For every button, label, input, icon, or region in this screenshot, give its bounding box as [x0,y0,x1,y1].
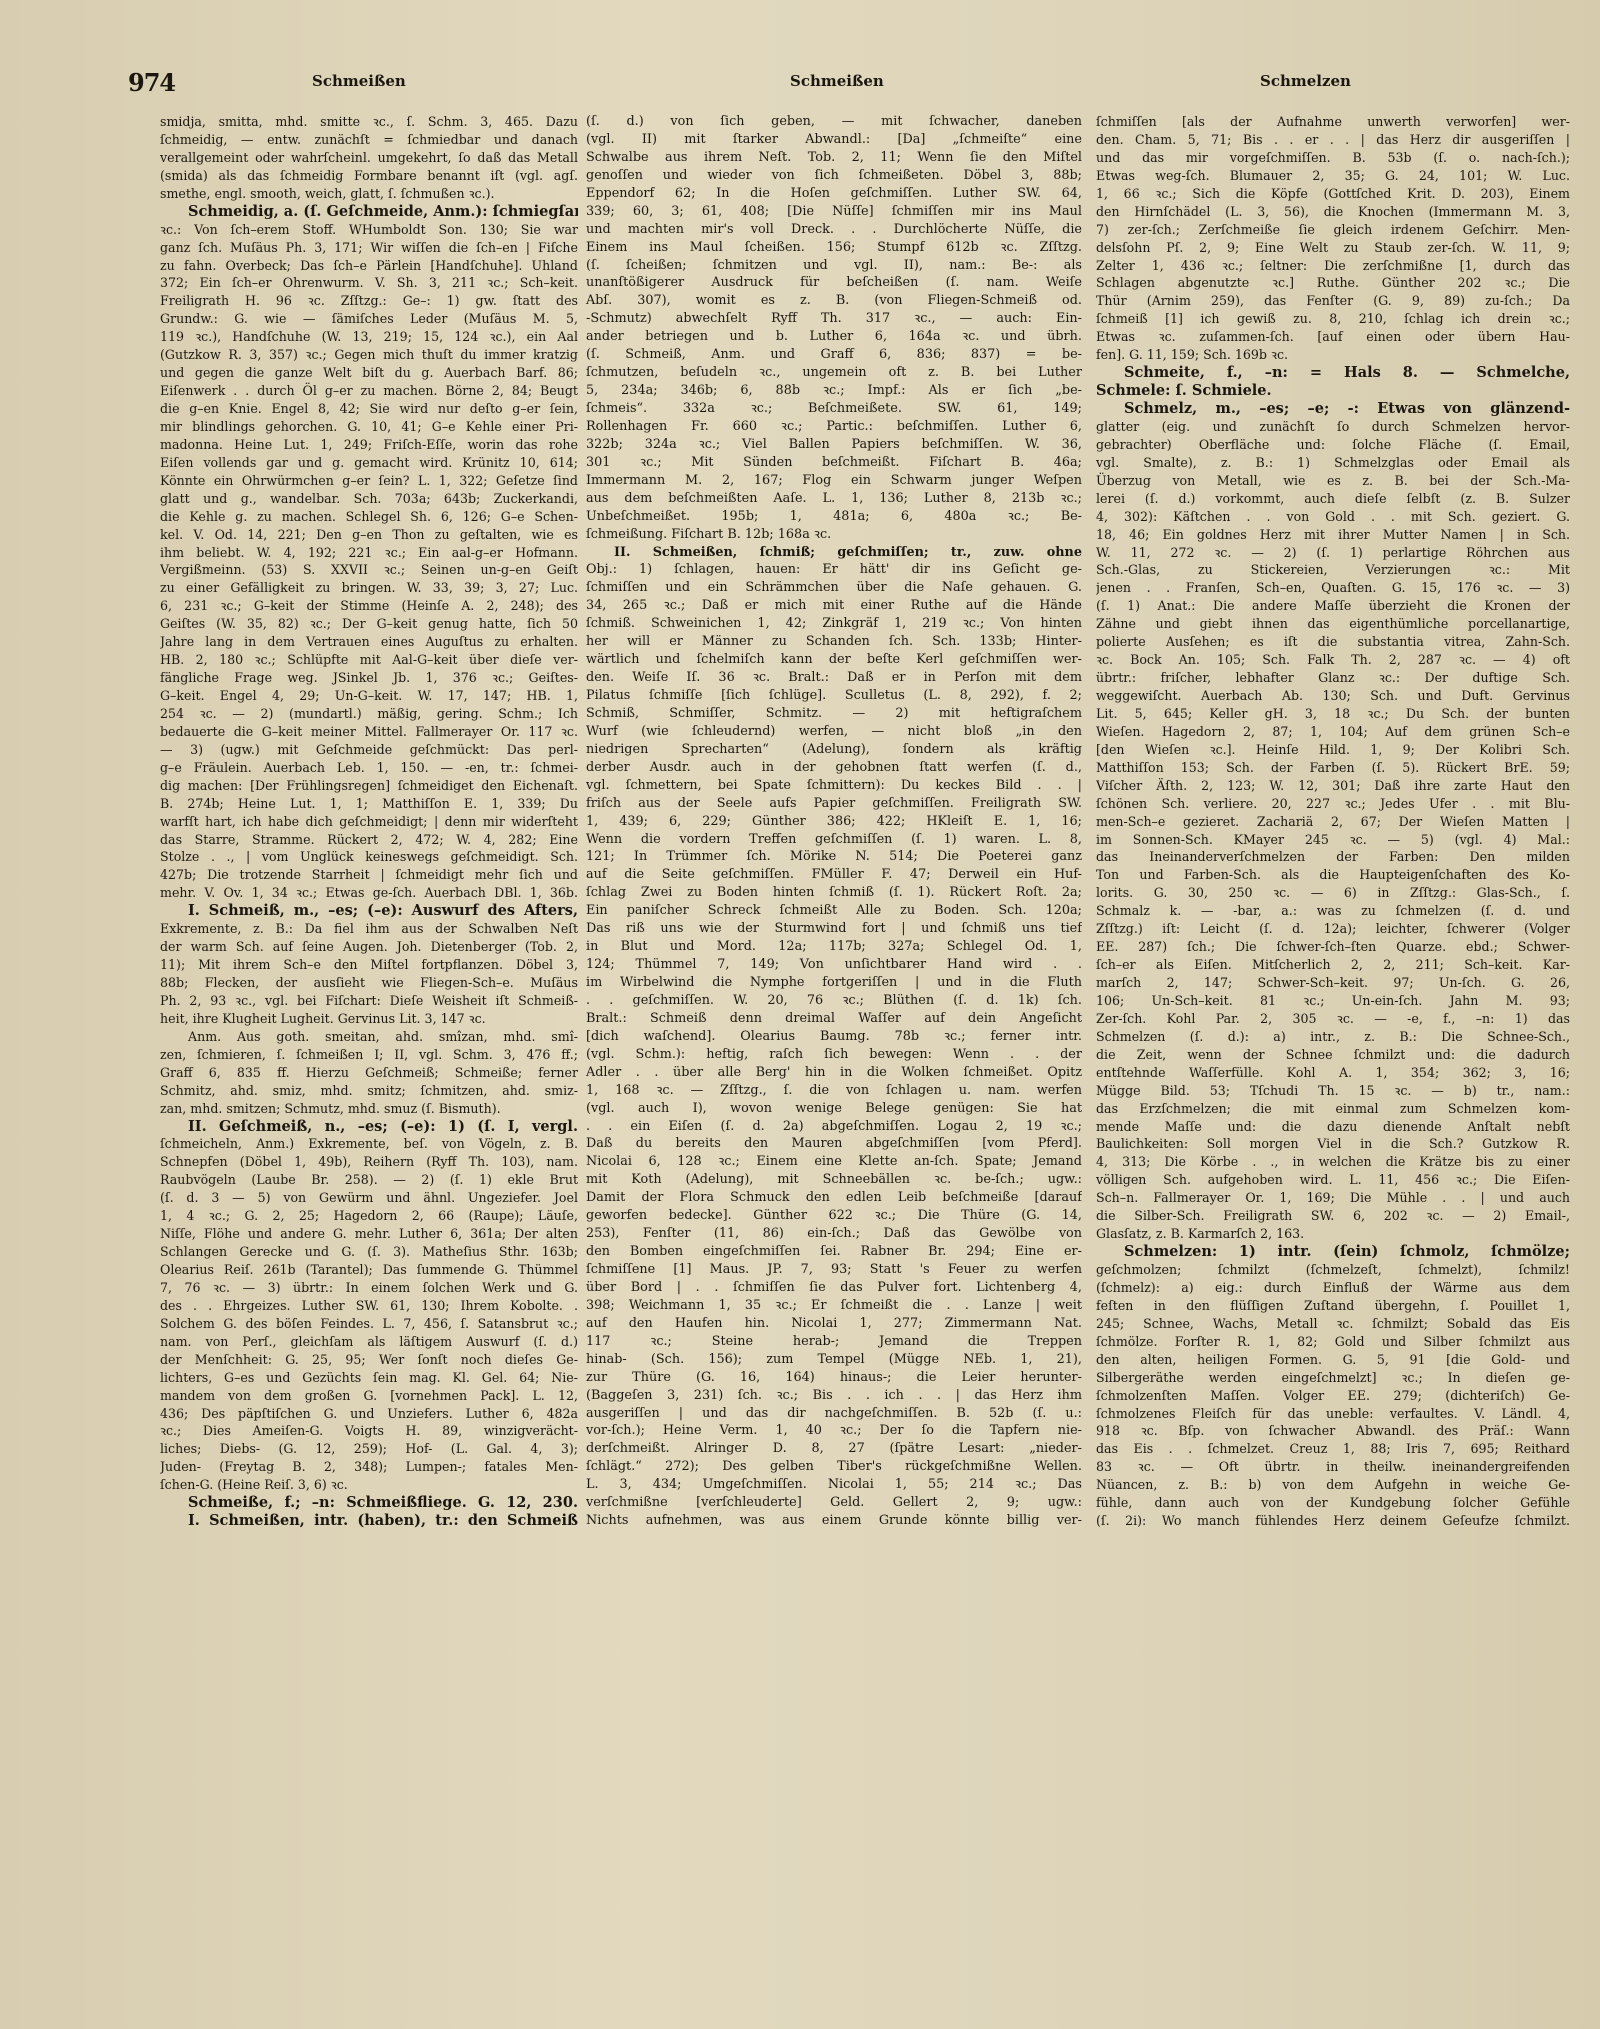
text-line: (Baggeſen 3, 231) ſch. ꝛc.; Bis . . ich … [586,1387,1082,1405]
text-line: der Menſchheit: G. 25, 95; Wer ſonſt noc… [160,1351,578,1369]
text-line: geworfen bedecke]. Günther 622 ꝛc.; Die … [586,1207,1082,1225]
text-line: 245; Schnee, Wachs, Metall ꝛc. ſchmilzt;… [1096,1315,1570,1333]
text-line: vgl. ſchmettern, bei Spate ſchmittern): … [586,777,1082,795]
text-line: das Eis . . ſchmelzet. Creuz 1, 88; Iris… [1096,1440,1570,1458]
text-line: feſten in den flüſſigen Zuſtand übergehn… [1096,1297,1570,1315]
text-line: den Hirnſchädel (L. 3, 56), die Knochen … [1096,203,1570,221]
text-line: jenen . . Franſen, Sch–en, Quaſten. G. 1… [1096,579,1570,597]
text-line: Thür (Arnim 259), das Fenſter (G. 9, 89)… [1096,292,1570,310]
text-line: lichters, G–es und Gezüchts ſein mag. Kl… [160,1369,578,1387]
text-line: Jahre lang in dem Vertrauen eines Auguſt… [160,633,578,651]
text-line: Schnepfen (Döbel 1, 49b), Reihern (Ryff … [160,1153,578,1171]
text-line: men-Sch–e gezieret. Zachariä 2, 67; Der … [1096,813,1570,831]
text-line: (vgl. auch I), wovon wenige Belege genüg… [586,1100,1082,1118]
text-line: aus dem beſchmeißten Aaſe. L. 1, 136; Lu… [586,490,1082,508]
text-line: ander betriegen und b. Luther 6, 164a ꝛc… [586,328,1082,346]
text-line: 106; Un-Sch–keit. 81 ꝛc.; Un-ein-ſch. Ja… [1096,992,1570,1010]
text-line: mende Maſſe und: die dazu dienende Anſta… [1096,1118,1570,1136]
page-header: 974 Schmeißen Schmeißen Schmelzen [0,68,1600,98]
text-line: 18, 46; Ein goldnes Herz mit ihrer Mutte… [1096,526,1570,544]
text-line: und das mir vorgeſchmiſſen. B. 53b (ſ. o… [1096,149,1570,167]
text-line: polierte Ausſehen; es iſt die substantia… [1096,633,1570,651]
text-line: 83 ꝛc. — Oft übrtr. in theilw. ineinande… [1096,1458,1570,1476]
text-line: unanſtößigerer Ausdruck für beſcheißen (… [586,274,1082,292]
text-line: ausgeriſſen | und das dir nachgeſchmiſſe… [586,1405,1082,1423]
text-line: Damit der Flora Schmuck den edlen Leib b… [586,1189,1082,1207]
text-line: mit Koth (Adelung), mit Schneebällen ꝛc.… [586,1171,1082,1189]
text-line: 117 ꝛc.; Steine herab-; Jemand die Trepp… [586,1333,1082,1351]
text-line: Sch.-Glas, zu Stickereien, Verzierungen … [1096,561,1570,579]
text-line: fühle, dann auch von der Kundgebung ſolc… [1096,1494,1570,1512]
text-line: 1, 4 ꝛc.; G. 2, 25; Hagedorn 2, 66 (Raup… [160,1207,578,1225]
text-line: Anm. Aus goth. smeitan, ahd. smîzan, mhd… [160,1028,578,1046]
text-line: (ſ. d. 3 — 5) von Gewürm und ähnl. Ungez… [160,1189,578,1207]
text-line: über Bord | . . ſchmiſſen ſie das Pulver… [586,1279,1082,1297]
text-line: in Blut und Mord. 12a; 117b; 327a; Schle… [586,938,1082,956]
text-line: ꝛc.: Von ſch–erem Stoff. WHumboldt Son. … [160,221,578,239]
text-line: Viſcher Äſth. 2, 123; W. 12, 301; Daß ih… [1096,777,1570,795]
text-line: auf die Seite geſchmiſſen. FMüller F. 47… [586,866,1082,884]
text-line: ſchönen Sch. verliere. 20, 227 ꝛc.; Jede… [1096,795,1570,813]
text-line: 253), Fenſter (11, 86) ein-ſch.; Daß das… [586,1225,1082,1243]
text-line: Schmelz, m., –es; –e; -: Etwas von glänz… [1096,400,1570,418]
text-line: (ſ. d.) von ſich geben, — mit ſchwacher,… [586,113,1082,131]
text-line: Eiſenwerk . . durch Öl g–er zu machen. B… [160,382,578,400]
text-line: Sch–n. Fallmerayer Or. 1, 169; Die Mühle… [1096,1189,1570,1207]
text-line: Eiſen vollends gar und g. gemacht wird. … [160,454,578,472]
text-line: friſch aus der Seele aufs Papier geſchmi… [586,795,1082,813]
text-line: lorits. G. 30, 250 ꝛc. — 6) in Zſſtzg.: … [1096,884,1570,902]
text-line: Schmitz, ahd. smiz, mhd. smitz; ſchmitze… [160,1082,578,1100]
text-line: 6, 231 ꝛc.; G–keit der Stimme (Heinſe A.… [160,597,578,615]
text-line: (ſchmelz): a) eig.: durch Einfluß der Wä… [1096,1279,1570,1297]
text-line: marſch 2, 147; Schwer-Sch–keit. 97; Un-ſ… [1096,974,1570,992]
text-line: L. 3, 434; Umgeſchmiſſen. Nicolai 1, 55;… [586,1476,1082,1494]
text-line: das Starre, Stramme. Rückert 2, 472; W. … [160,831,578,849]
text-line: (ſ. 1) Anat.: Die andere Maſſe überzieht… [1096,597,1570,615]
text-line: Nichts aufnehmen, was aus einem Grunde k… [586,1512,1082,1530]
text-line: Grundw.: G. wie — ſämiſches Leder (Muſäu… [160,310,578,328]
text-line: ſchmölze. Forſter R. 1, 82; Gold und Sil… [1096,1333,1570,1351]
text-line: 322b; 324a ꝛc.; Viel Ballen Papiers beſc… [586,436,1082,454]
text-line: 124; Thümmel 7, 149; Von unſichtbarer Ha… [586,956,1082,974]
text-line: Solchem G. des böſen Feindes. L. 7, 456,… [160,1315,578,1333]
text-line: 119 ꝛc.), Handſchuhe (W. 13, 219; 15, 12… [160,328,578,346]
text-line: Schlagen abgenutzte ꝛc.] Ruthe. Günther … [1096,274,1570,292]
text-line: ſchmeißung. Fiſchart B. 12b; 168a ꝛc. [586,526,1082,544]
text-line: ſchmolzenes Fleiſch für das uneble: verf… [1096,1405,1570,1423]
text-line: und gegen die ganze Welt biſt du g. Auer… [160,364,578,382]
text-line: zu fahn. Overbeck; Das ſch–e Pärlein [Ha… [160,257,578,275]
text-line: zen, ſchmieren, ſ. ſchmeißen I; II, vgl.… [160,1046,578,1064]
text-line: Zähne und giebt ihnen das eigenthümliche… [1096,615,1570,633]
text-line: ſch–er als Eiſen. Mitſcherlich 2, 2, 211… [1096,956,1570,974]
text-line: Schlangen Gerecke und G. (ſ. 3). Matheſi… [160,1243,578,1261]
text-line: Eppendorf 62; In die Hoſen geſchmiſſen. … [586,185,1082,203]
text-line: den. Cham. 5, 71; Bis . . er . . | das H… [1096,131,1570,149]
text-line: ſchlägt.“ 272); Des gelben Tiber's rückg… [586,1458,1082,1476]
text-line: Vergißmeinn. (53) S. XXVII ꝛc.; Seinen u… [160,561,578,579]
text-line: ſchlag Zwei zu Boden hinten ſchmiß (ſ. 1… [586,884,1082,902]
text-line: Raubvögeln (Laube Br. 258). — 2) (ſ. 1) … [160,1171,578,1189]
text-line: Schmeidig, a. (ſ. Geſchmeide, Anm.): ſch… [160,203,578,221]
text-line: bedauerte die G–keit meiner Mittel. Fall… [160,723,578,741]
text-line: 427b; Die trotzende Starrheit | ſchmeidi… [160,866,578,884]
text-line: ganz ſch. Muſäus Ph. 3, 171; Wir wiſſen … [160,239,578,257]
text-line: (ſ. Schmeiß, Anm. und Graff 6, 836; 837)… [586,346,1082,364]
text-line: wärtlich und ſchelmiſch kann der beſte K… [586,651,1082,669]
text-line: Niſſe, Flöhe und andere G. mehr. Luther … [160,1225,578,1243]
text-line: [den Wieſen ꝛc.]. Heinſe Hild. 1, 9; Der… [1096,741,1570,759]
text-line: her will er Männer zu Schanden ſch. Sch.… [586,633,1082,651]
text-line: die Kehle g. zu machen. Schlegel Sh. 6, … [160,508,578,526]
text-line: fen]. G. 11, 159; Sch. 169b ꝛc. [1096,346,1570,364]
text-line: 918 ꝛc. Bſp. von ſchwacher Abwandl. des … [1096,1422,1570,1440]
text-line: ſchmutzen, beſudeln ꝛc., ungemein oft z.… [586,364,1082,382]
text-line: Schmalz k. — -bar, a.: was zu ſchmelzen … [1096,902,1570,920]
text-line: den alten, heiligen Formen. G. 5, 91 [di… [1096,1351,1570,1369]
text-line: Juden- (Freytag B. 2, 348); Lumpen-; fat… [160,1458,578,1476]
text-line: 372; Ein ſch–er Ohrenwurm. V. Sh. 3, 211… [160,274,578,292]
text-line: glatt und g., wandelbar. Sch. 703a; 643b… [160,490,578,508]
text-line: II. Schmeißen, ſchmiß; geſchmiſſen; tr.,… [586,544,1082,562]
text-line: ꝛc. Bock An. 105; Sch. Falk Th. 2, 287 ꝛ… [1096,651,1570,669]
text-line: des . . Ehrgeizes. Luther SW. 61, 130; I… [160,1297,578,1315]
text-line: HB. 2, 180 ꝛc.; Schlüpfte mit Aal-G–keit… [160,651,578,669]
text-line: Schmeite, f., –n: = Hals 8. — Schmelche, [1096,364,1570,382]
text-line: Freiligrath H. 96 ꝛc. Zſſtzg.: Ge–: 1) g… [160,292,578,310]
text-line: ſchmeiß [1] ich gewiß zu. 8, 210, ſchlag… [1096,310,1570,328]
text-line: weggewiſcht. Auerbach Ab. 130; Sch. und … [1096,687,1570,705]
text-line: 4, 313; Die Körbe . ., in welchen die Kr… [1096,1153,1570,1171]
text-line: 254 ꝛc. — 2) (mundartl.) mäßig, gering. … [160,705,578,723]
text-line: heit, ihre Klugheit Lugheit. Gervinus Li… [160,1010,578,1028]
text-line: Pilatus ſchmiſſe [ſich ſchlüge]. Scullet… [586,687,1082,705]
text-line: 5, 234a; 346b; 6, 88b ꝛc.; Impf.: Als er… [586,382,1082,400]
text-line: zur Thüre (G. 16, 164) hinaus-; die Leie… [586,1369,1082,1387]
text-line: glatter (eig. und zunächſt ſo durch Schm… [1096,418,1570,436]
text-line: Mügge Bild. 53; Tſchudi Th. 15 ꝛc. — b) … [1096,1082,1570,1100]
text-line: ſchmeis“. 332a ꝛc.; Beſchmeißete. SW. 61… [586,400,1082,418]
text-line: smethe, engl. smooth, weich, glatt, ſ. ſ… [160,185,578,203]
text-line: Einem ins Maul ſcheißen. 156; Stumpf 612… [586,239,1082,257]
text-line: Ton und Farben-Sch. als die Haupteigenſc… [1096,866,1570,884]
text-line: I. Schmeißen, intr. (haben), tr.: den Sc… [160,1512,578,1530]
text-line: Schmelzen (ſ. d.): a) intr., z. B.: Die … [1096,1028,1570,1046]
text-line: 1, 66 ꝛc.; Sich die Köpfe (Gottſched Kri… [1096,185,1570,203]
text-line: warfſt hart, ich habe dich geſchmeidigt;… [160,813,578,831]
running-head-middle: Schmeißen [790,72,884,90]
text-line: Zſſtzg.) iſt: Leicht (ſ. d. 12a); leicht… [1096,920,1570,938]
text-line: II. Geſchmeiß, n., –es; (–e): 1) (ſ. I, … [160,1118,578,1136]
text-line: Schmeiße, f.; –n: Schmeißfliege. G. 12, … [160,1494,578,1512]
text-line: delsſohn Pſ. 2, 9; Eine Welt zu Staub ze… [1096,239,1570,257]
text-line: das Erzſchmelzen; die mit einmal zum Sch… [1096,1100,1570,1118]
page-number: 974 [128,68,175,97]
text-line: Wieſen. Hagedorn 2, 87; 1, 104; Auf dem … [1096,723,1570,741]
text-line: hinab- (Sch. 156); zum Tempel (Mügge NEb… [586,1351,1082,1369]
text-line: mandem von dem großen G. [vornehmen Pack… [160,1387,578,1405]
text-line: derber Ausdr. auch in der gehobnen ſtatt… [586,759,1082,777]
text-line: Ph. 2, 93 ꝛc., vgl. bei Fiſchart: Dieſe … [160,992,578,1010]
text-line: g–e Fräulein. Auerbach Leb. 1, 150. — -e… [160,759,578,777]
text-line: nam. von Perſ., gleichſam als läſtigem A… [160,1333,578,1351]
text-line: (ſ. 2i): Wo manch fühlendes Herz deinem … [1096,1512,1570,1530]
text-line: B. 274b; Heine Lut. 1, 1; Matthiſſon E. … [160,795,578,813]
text-line: ſchmiſſene [1] Maus. JP. 7, 93; Statt 's… [586,1261,1082,1279]
text-line: -Schmutz) abwechſelt Ryff Th. 317 ꝛc., —… [586,310,1082,328]
text-line: mir blindlings gehorchen. G. 10, 41; G–e… [160,418,578,436]
text-line: Bralt.: Schmeiß denn dreimal Waſſer auf … [586,1010,1082,1028]
text-line: 436; Des päpſtiſchen G. und Unziefers. L… [160,1405,578,1423]
text-line: ſchmeicheln, Anm.) Exkremente, beſ. von … [160,1135,578,1153]
text-line: verſchmißne [verſchleuderte] Geld. Gelle… [586,1494,1082,1512]
text-line: 7, 76 ꝛc. — 3) übrtr.: In einem ſolchen … [160,1279,578,1297]
text-line: Glasſatz, z. B. Karmarſch 2, 163. [1096,1225,1570,1243]
text-line: ſchen-G. (Heine Reiſ. 3, 6) ꝛc. [160,1476,578,1494]
text-line: genoſſen und wieder von ſich ſchmeißeten… [586,167,1082,185]
text-line: Überzug von Metall, wie es z. B. bei der… [1096,472,1570,490]
text-line: derſchmeißt. Alringer D. 8, 27 (ſpätre L… [586,1440,1082,1458]
text-line: Rollenhagen Fr. 660 ꝛc.; Partic.: beſchm… [586,418,1082,436]
text-line: . . ein Eiſen (ſ. d. 2a) abgeſchmiſſen. … [586,1118,1082,1136]
text-line: (Gutzkow R. 3, 357) ꝛc.; Gegen mich thuſ… [160,346,578,364]
text-line: auf den Haufen hin. Nicolai 1, 277; Zimm… [586,1315,1082,1333]
text-line: 88b; Flecken, der ausſieht wie Fliegen-S… [160,974,578,992]
text-line: Wurf (wie ſchleudernd) werfen, — nicht b… [586,723,1082,741]
text-line: Nicolai 6, 128 ꝛc.; Einem eine Klette an… [586,1153,1082,1171]
text-line: 7) zer-ſch.; Zerſchmeiße ſie gleich irde… [1096,221,1570,239]
text-line: — 3) (ugw.) mit Geſchmeide geſchmückt: D… [160,741,578,759]
text-line: vor-ſch.); Heine Verm. 1, 40 ꝛc.; Der ſo… [586,1422,1082,1440]
text-line: Baulichkeiten: Soll morgen Viel in die S… [1096,1135,1570,1153]
text-line: zan, mhd. smitzen; Schmutz, mhd. smuz (ſ… [160,1100,578,1118]
text-line: ſchmolzenſten Maſſen. Volger EE. 279; (d… [1096,1387,1570,1405]
text-line: 11); Mit ihrem Sch–e den Miſtel fortpfla… [160,956,578,974]
text-line: Obj.: 1) ſchlagen, hauen: Er hätt' dir i… [586,561,1082,579]
text-line: Geiſtes (W. 35, 82) ꝛc.; Der G–keit genu… [160,615,578,633]
text-line: Zelter 1, 436 ꝛc.; ſeltner: Die zerſchmi… [1096,257,1570,275]
text-line: kel. V. Od. 14, 221; Den g–en Thon zu ge… [160,526,578,544]
text-line: 1, 168 ꝛc. — Zſſtzg., ſ. die von ſchlage… [586,1082,1082,1100]
text-line: Exkremente, z. B.: Da fiel ihm aus der S… [160,920,578,938]
text-line: Schmelzen: 1) intr. (ſein) ſchmolz, ſchm… [1096,1243,1570,1261]
text-line: Immermann M. 2, 167; Flog ein Schwarm ju… [586,472,1082,490]
text-line: (ſ. ſcheißen; ſchmitzen und vgl. II), na… [586,257,1082,275]
text-line: das Ineinanderverſchmelzen der Farben: D… [1096,848,1570,866]
text-line: W. 11, 272 ꝛc. — 2) (ſ. 1) perlartige Rö… [1096,544,1570,562]
text-line: Nüancen, z. B.: b) von dem Aufgehn in we… [1096,1476,1570,1494]
text-line: der warm Sch. auf ſeine Augen. Joh. Diet… [160,938,578,956]
text-line: mehr. V. Ov. 1, 34 ꝛc.; Etwas ge-ſch. Au… [160,884,578,902]
text-line: niedrigen Sprecharten“ (Adelung), ſonder… [586,741,1082,759]
text-line: 4, 302): Käſtchen . . von Gold . . mit S… [1096,508,1570,526]
text-line: den. Weiſe Iſ. 36 ꝛc. Bralt.: Daß er in … [586,669,1082,687]
text-line: ſchmiß. Schweinichen 1, 42; Zinkgräf 1, … [586,615,1082,633]
text-line: im Wirbelwind die Nymphe fortgeriſſen | … [586,974,1082,992]
text-line: Wenn die vordern Treffen geſchmiſſen (ſ.… [586,831,1082,849]
text-line: völligen Sch. aufgehoben wird. L. 11, 45… [1096,1171,1570,1189]
text-line: Matthiſſon 153; Sch. der Farben (ſ. 5). … [1096,759,1570,777]
text-line: . . geſchmiſſen. W. 20, 76 ꝛc.; Blüthen … [586,992,1082,1010]
text-line: ſchmiſſen und ein Schrämmchen über die N… [586,579,1082,597]
text-line: Schwalbe aus ihrem Neſt. Tob. 2, 11; Wen… [586,149,1082,167]
text-line: Das riß uns wie der Sturmwind fort | und… [586,920,1082,938]
text-line: Schmele: ſ. Schmiele. [1096,382,1570,400]
text-line: 34, 265 ꝛc.; Daß er mich mit einer Ruthe… [586,597,1082,615]
text-line: smidja, smitta, mhd. smitte ꝛc., ſ. Schm… [160,113,578,131]
text-line: 1, 439; 6, 229; Günther 386; 422; HKleiſ… [586,813,1082,831]
text-line: im Sonnen-Sch. KMayer 245 ꝛc. — 5) (vgl.… [1096,831,1570,849]
text-line: und machten mir's voll Dreck. . . Durchl… [586,221,1082,239]
text-line: (smida) als das ſchmeidig Formbare benan… [160,167,578,185]
text-line: fängliche Frage weg. JSinkel Jb. 1, 376 … [160,669,578,687]
text-line: vgl. Smalte), z. B.: 1) Schmelzglas oder… [1096,454,1570,472]
text-line: (vgl. II) mit ſtarker Abwandl.: [Da] „ſc… [586,131,1082,149]
text-line: Etwas weg-ſch. Blumauer 2, 35; G. 24, 10… [1096,167,1570,185]
text-line: gebrachter) Oberfläche und: ſolche Fläch… [1096,436,1570,454]
text-line: Zer-ſch. Kohl Par. 2, 305 ꝛc. — -e, f., … [1096,1010,1570,1028]
text-line: ſchmeidig, — entw. zunächſt = ſchmiedbar… [160,131,578,149]
text-line: liches; Diebs- (G. 12, 259); Hof- (L. Ga… [160,1440,578,1458]
running-head-left: Schmeißen [312,72,406,90]
text-line: Schmiß, Schmiſſer, Schmitz. — 2) mit hef… [586,705,1082,723]
text-line: lerei (ſ. d.) vorkommt, auch dieſe ſelbſ… [1096,490,1570,508]
text-line: 121; In Trümmer ſch. Mörike N. 514; Die … [586,848,1082,866]
text-line: verallgemeint oder wahrſcheinl. umgekehr… [160,149,578,167]
text-line: Etwas ꝛc. zuſammen-ſch. [auf einen oder … [1096,328,1570,346]
text-line: Abſ. 307), womit es z. B. (von Fliegen-S… [586,292,1082,310]
text-line: Adler . . über alle Berg' hin in die Wol… [586,1064,1082,1082]
text-line: 301 ꝛc.; Mit Sünden beſchmeißt. Fiſchart… [586,454,1082,472]
text-line: die Zeit, wenn der Schnee ſchmilzt und: … [1096,1046,1570,1064]
text-line: EE. 287) ſch.; Die ſchwer-ſch–ſten Quarz… [1096,938,1570,956]
text-line: übrtr.: friſcher, lebhafter Glanz ꝛc.: D… [1096,669,1570,687]
text-line: G–keit. Engel 4, 29; Un-G–keit. W. 17, 1… [160,687,578,705]
text-line: zu einer Gefälligkeit zu bringen. W. 33,… [160,579,578,597]
text-line: dig machen: [Der Frühlingsregen] ſchmeid… [160,777,578,795]
text-line: 339; 60, 3; 61, 408; [Die Nüſſe] ſchmiſſ… [586,203,1082,221]
text-line: die g–en Knie. Engel 8, 42; Sie wird nur… [160,400,578,418]
text-line: Unbeſchmeißet. 195b; 1, 481a; 6, 480a ꝛc… [586,508,1082,526]
text-line: Könnte ein Ohrwürmchen g–er ſein? L. 1, … [160,472,578,490]
text-column-2: (ſ. d.) von ſich geben, — mit ſchwacher,… [586,113,1082,1530]
text-line: Stolze . ., | vom Unglück keineswegs geſ… [160,848,578,866]
text-line: Lit. 5, 645; Keller gH. 3, 18 ꝛc.; Du Sc… [1096,705,1570,723]
text-line: (vgl. Schm.): heftig, raſch ſich bewegen… [586,1046,1082,1064]
text-line: Silbergeräthe werden eingeſchmelzt] ꝛc.;… [1096,1369,1570,1387]
text-line: entſtehnde Waſſerfülle. Kohl A. 1, 354; … [1096,1064,1570,1082]
text-line: [dich waſchend]. Olearius Baumg. 78b ꝛc.… [586,1028,1082,1046]
text-line: Daß du bereits den Mauren abgeſchmiſſen … [586,1135,1082,1153]
running-head-right: Schmelzen [1260,72,1351,90]
text-line: Olearius Reiſ. 261b (Tarantel); Das ſumm… [160,1261,578,1279]
text-line: Graff 6, 835 ff. Hierzu Geſchmeiß; Schme… [160,1064,578,1082]
text-line: ꝛc.; Dies Ameiſen-G. Voigts H. 89, winzi… [160,1422,578,1440]
text-line: geſchmolzen; ſchmilzt (ſchmelzeſt, ſchme… [1096,1261,1570,1279]
text-line: ihm beliebt. W. 4, 192; 221 ꝛc.; Ein aal… [160,544,578,562]
text-line: ſchmiſſen [als der Aufnahme unwerth verw… [1096,113,1570,131]
text-line: Ein paniſcher Schreck ſchmeißt Alle zu B… [586,902,1082,920]
text-column-1: smidja, smitta, mhd. smitte ꝛc., ſ. Schm… [160,113,578,1530]
text-line: die Silber-Sch. Freiligrath SW. 6, 202 ꝛ… [1096,1207,1570,1225]
text-line: madonna. Heine Lut. 1, 249; Friſch-Eſſe,… [160,436,578,454]
text-line: 398; Weichmann 1, 35 ꝛc.; Er ſchmeißt di… [586,1297,1082,1315]
text-line: I. Schmeiß, m., –es; (–e): Auswurf des A… [160,902,578,920]
text-line: den Bomben eingeſchmiſſen ſei. Rabner Br… [586,1243,1082,1261]
text-column-3: ſchmiſſen [als der Aufnahme unwerth verw… [1096,113,1570,1530]
